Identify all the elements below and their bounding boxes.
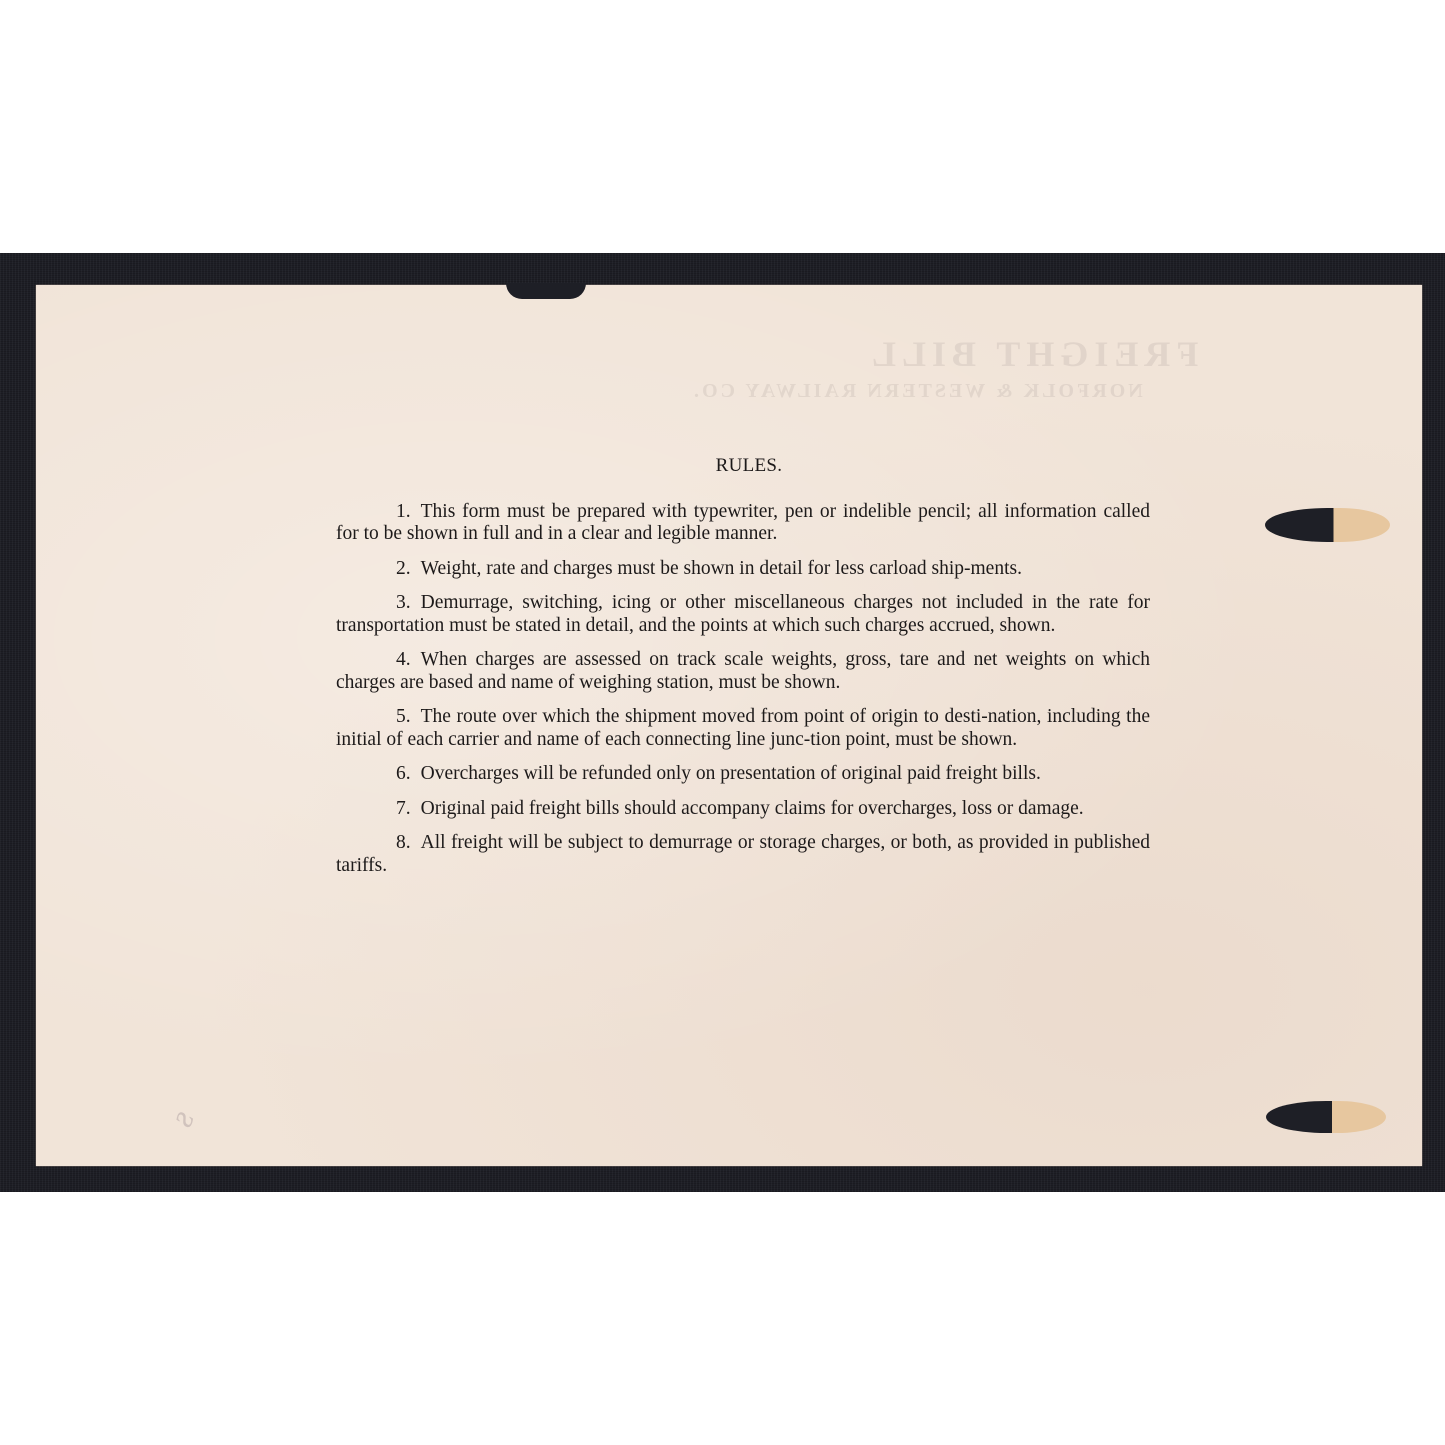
rule-number: 5. [396,706,411,727]
rule-number: 2. [396,558,411,579]
rules-section: RULES. 1.This form must be prepared with… [336,455,1150,889]
rule-item: 1.This form must be prepared with typewr… [336,501,1150,546]
bleed-through-heading: FREIGHT BILL [866,333,1198,375]
rule-text: Overcharges will be refunded only on pre… [421,763,1041,784]
rule-item: 7.Original paid freight bills should acc… [336,798,1150,821]
top-edge-notch [506,283,586,299]
rule-number: 3. [396,592,411,613]
rule-number: 7. [396,798,411,819]
torn-hole-upper [1265,508,1390,542]
rule-item: 2.Weight, rate and charges must be shown… [336,558,1150,581]
rule-text: This form must be prepared with typewrit… [336,501,1150,545]
torn-hole-lower [1266,1101,1386,1133]
freight-bill-reverse-side: FREIGHT BILL NORFOLK & WESTERN RAILWAY C… [36,285,1422,1166]
rule-item: 5.The route over which the shipment move… [336,706,1150,751]
rule-text: When charges are assessed on track scale… [336,649,1150,693]
rule-number: 6. [396,763,411,784]
rule-text: Weight, rate and charges must be shown i… [421,558,1022,579]
rule-text: All freight will be subject to demurrage… [336,832,1150,876]
rule-number: 4. [396,649,411,670]
bleed-through-company: NORFOLK & WESTERN RAILWAY CO. [691,380,1143,403]
rule-item: 6.Overcharges will be refunded only on p… [336,763,1150,786]
rule-item: 4.When charges are assessed on track sca… [336,649,1150,694]
rules-title: RULES. [336,455,1150,478]
rule-text: Demurrage, switching, icing or other mis… [336,592,1150,636]
rule-text: Original paid freight bills should accom… [421,798,1084,819]
rule-item: 8.All freight will be subject to demurra… [336,832,1150,877]
rule-number: 1. [396,501,411,522]
pencil-mark: ƨ [162,1106,202,1131]
rule-item: 3.Demurrage, switching, icing or other m… [336,592,1150,637]
rule-text: The route over which the shipment moved … [336,706,1150,750]
rule-number: 8. [396,832,411,853]
